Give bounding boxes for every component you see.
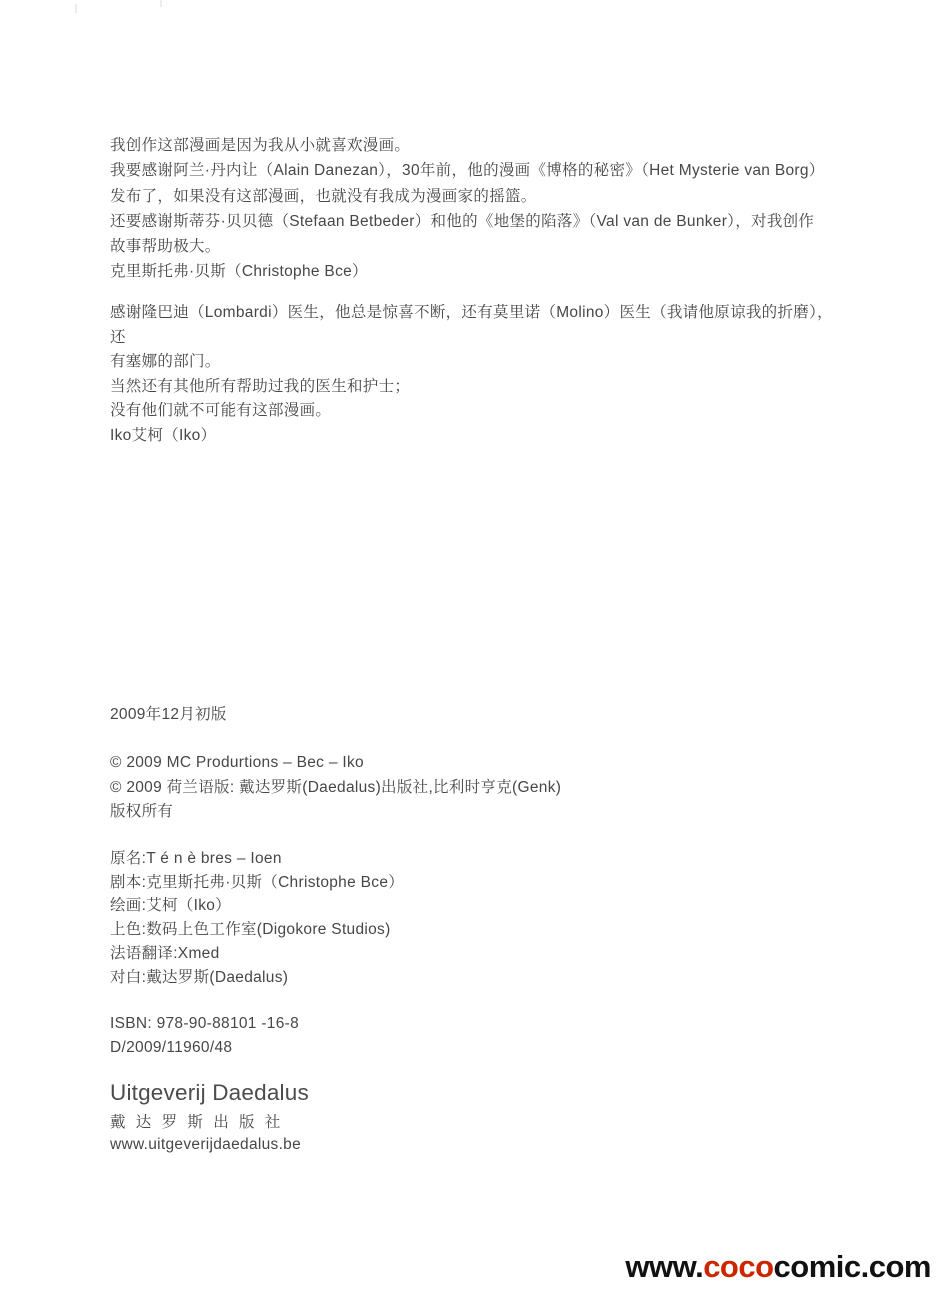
artist-acknowledgement-text: 感谢隆巴迪（Lombardi）医生，他总是惊喜不断，还有莫里诺（Molino）医… [110, 301, 840, 448]
watermark-suffix: comic.com [774, 1249, 931, 1284]
copyright-block: © 2009 MC Produrtions – Bec – Iko © 2009… [110, 751, 840, 825]
isbn-block: ISBN: 978-90-88101 -16-8 D/2009/11960/48 [110, 1012, 299, 1060]
publisher-website: www.uitgeverijdaedalus.be [110, 1136, 309, 1154]
watermark-highlight: coco [703, 1249, 773, 1284]
colophon-page: 我创作这部漫画是因为我从小就喜欢漫画。 我要感谢阿兰·丹内让（Alain Dan… [0, 0, 936, 1291]
publisher-name-latin: Uitgeverij Daedalus [110, 1080, 309, 1106]
publisher-block: Uitgeverij Daedalus 戴 达 罗 斯 出 版 社 www.ui… [110, 1080, 309, 1154]
scan-artifact [75, 4, 77, 13]
scan-artifact [160, 0, 162, 7]
credits-block: 原名:T é n è bres – Ioen 剧本:克里斯托弗·贝斯（Chris… [110, 847, 840, 989]
author-acknowledgement-text: 我创作这部漫画是因为我从小就喜欢漫画。 我要感谢阿兰·丹内让（Alain Dan… [110, 133, 840, 285]
watermark-prefix: www. [625, 1249, 703, 1284]
watermark-cococomic: www.cococomic.com [625, 1249, 931, 1285]
edition-date: 2009年12月初版 [110, 703, 227, 727]
publisher-name-chinese: 戴 达 罗 斯 出 版 社 [110, 1110, 309, 1132]
